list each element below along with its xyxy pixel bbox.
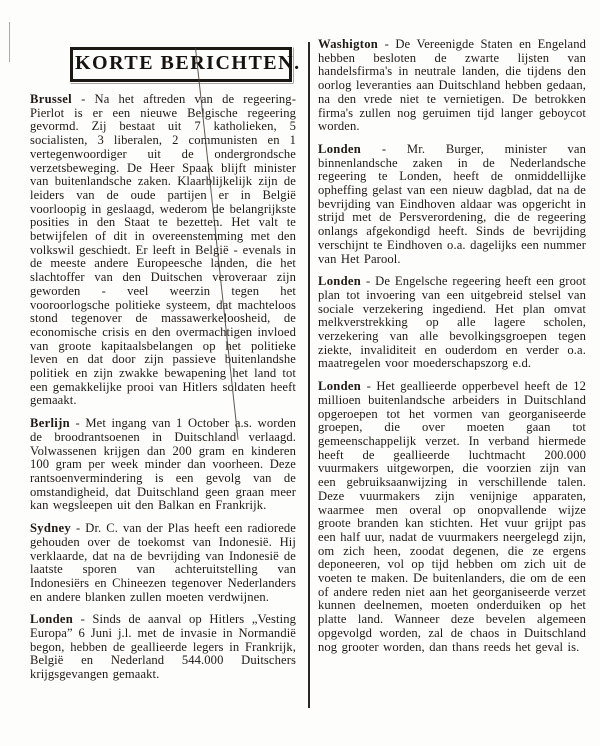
- article-lead-londen-burger: Londen: [318, 142, 361, 156]
- column-divider-rule: [308, 42, 310, 708]
- article-lead-berlijn: Berlijn: [30, 416, 70, 430]
- article-body-brussel: - Na het aftreden van de regeering-Pierl…: [30, 92, 296, 407]
- article-lead-washington: Washigton: [318, 37, 378, 51]
- article-lead-sydney: Sydney: [30, 521, 71, 535]
- section-title: KORTE BERICHTEN.: [75, 52, 301, 74]
- article-body-londen-burger: - Mr. Burger, minister van binnenlandsch…: [318, 142, 586, 266]
- article-londen-invasie: Londen - Sinds de aanval op Hitlers „Ves…: [30, 613, 296, 682]
- article-sydney: Sydney - Dr. C. van der Plas heeft een r…: [30, 522, 296, 604]
- section-title-box: KORTE BERICHTEN.: [70, 47, 292, 82]
- article-brussel: Brussel - Na het aftreden van de regeeri…: [30, 93, 296, 408]
- article-body-londen-opperbevel: - Het geallieerde opperbevel heeft de 12…: [318, 379, 586, 653]
- article-washington: Washigton - De Vereenigde Staten en Enge…: [318, 38, 586, 134]
- article-lead-londen-invasie: Londen: [30, 612, 73, 626]
- article-londen-opperbevel: Londen - Het geallieerde opperbevel heef…: [318, 380, 586, 654]
- right-column: Washigton - De Vereenigde Staten en Enge…: [318, 38, 586, 654]
- article-body-londen-verzekering: - De Engelsche regeering heeft een groot…: [318, 274, 586, 370]
- article-body-berlijn: - Met ingang van 1 October a.s. worden d…: [30, 416, 296, 512]
- newspaper-page: KORTE BERICHTEN. Brussel - Na het aftred…: [0, 0, 600, 746]
- left-column: KORTE BERICHTEN. Brussel - Na het aftred…: [30, 46, 296, 682]
- article-lead-londen-opperbevel: Londen: [318, 379, 361, 393]
- article-lead-brussel: Brussel: [30, 92, 72, 106]
- article-londen-verzekering: Londen - De Engelsche regeering heeft ee…: [318, 275, 586, 371]
- article-berlijn: Berlijn - Met ingang van 1 October a.s. …: [30, 417, 296, 513]
- article-body-washington: - De Vereenigde Staten en Engeland hebbe…: [318, 37, 586, 133]
- article-londen-burger: Londen - Mr. Burger, minister van binnen…: [318, 143, 586, 266]
- article-lead-londen-verzekering: Londen: [318, 274, 361, 288]
- scan-edge-artifact: [9, 22, 10, 62]
